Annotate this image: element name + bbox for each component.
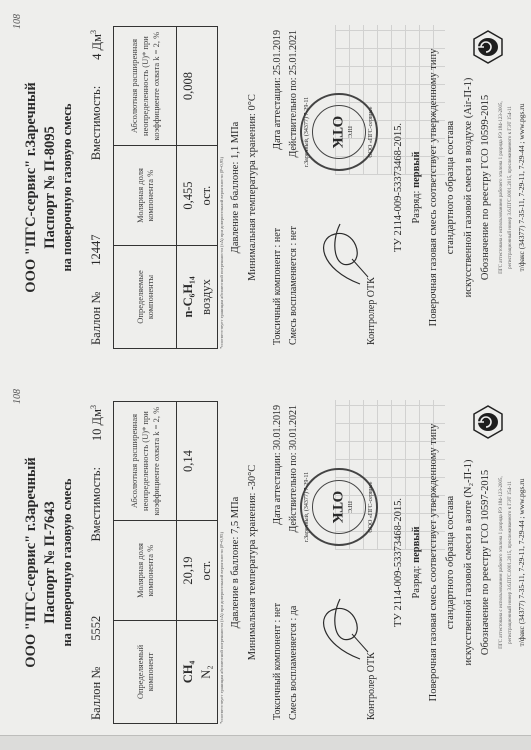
table-row: n-C₆H₁₄воздух 0,455ост. 0,008 bbox=[177, 27, 218, 349]
page-number: 108 bbox=[12, 14, 23, 29]
signature-row: Контролер ОТК г.Заречный, (34377) 7-29-1… bbox=[308, 401, 386, 724]
certification-date: Дата аттестации: 30.01.2019 bbox=[270, 405, 286, 532]
fraction-cell: 20,19ост. bbox=[177, 521, 218, 621]
signature-icon bbox=[310, 219, 370, 289]
cylinder-label: Баллон № bbox=[89, 667, 105, 720]
col-header-uncertainty: Абсолютная расширенная неопределенность … bbox=[114, 27, 177, 146]
pressure: Давление в баллоне: 7,5 МПа bbox=[230, 401, 241, 724]
registry-designation: Обозначение по реестру ГСО 10599-2015 bbox=[477, 26, 494, 349]
table-footnote: *соответствует границам абсолютной погре… bbox=[219, 401, 224, 724]
passport-header: ООО "ПГС-сервис" г.Заречный Паспорт № П-… bbox=[22, 26, 75, 349]
min-storage-temp: Минимальная температура хранения: 0°С bbox=[247, 26, 258, 349]
cylinder-number: 5552 bbox=[89, 616, 105, 641]
properties-dates: Токсичный компонент : нет Смесь воспламе… bbox=[270, 26, 302, 349]
properties-dates: Токсичный компонент : нет Смесь воспламе… bbox=[270, 401, 302, 724]
uncertainty-cell: 0,008 bbox=[177, 27, 218, 146]
cylinder-meta: Баллон № 12447 Вместимость: 4 Дм3 bbox=[89, 26, 105, 349]
passport-subtitle: на поверочную газовую смесь bbox=[59, 401, 75, 724]
flammability: Смесь воспламеняется : да bbox=[286, 603, 302, 720]
otk-stamp-icon: г.Заречный, (34377) 7-29-11 ОТК ПГС ООО … bbox=[300, 468, 378, 546]
pressure: Давление в баллоне: 1,1 МПа bbox=[230, 26, 241, 349]
component-cell: CH₄N₂ bbox=[177, 620, 218, 723]
min-storage-temp: Минимальная температура хранения: -30°С bbox=[247, 401, 258, 724]
uncertainty-cell: 0,14 bbox=[177, 402, 218, 521]
passport-panel-top: 108 ООО "ПГС-сервис" г.Заречный Паспорт … bbox=[0, 0, 531, 375]
col-header-component: Определяемые компоненты bbox=[114, 245, 177, 348]
capacity-value: 10 Дм3 bbox=[89, 405, 105, 441]
description-line-3: искусственной газовой смеси в азоте (N₂-… bbox=[460, 401, 477, 724]
col-header-uncertainty: Абсолютная расширенная неопределенность … bbox=[114, 402, 177, 521]
signature-icon bbox=[310, 594, 370, 664]
contacts: т/факс (34377) 7-35-11, 7-29-11, 7-29-44… bbox=[517, 26, 526, 349]
otk-stamp-icon: г.Заречный, (34377) 7-29-11 ОТК ПГС ООО … bbox=[300, 93, 378, 171]
passport-title: Паспорт № П-7643 bbox=[41, 401, 60, 724]
component-cell: n-C₆H₁₄воздух bbox=[177, 245, 218, 348]
passport-subtitle: на поверочную газовую смесь bbox=[59, 26, 75, 349]
gas-mixture-passport: 108 ООО "ПГС-сервис" г.Заречный Паспорт … bbox=[0, 375, 531, 750]
col-header-component: Определяемый компонент bbox=[114, 620, 177, 723]
company-name: ООО "ПГС-сервис" г.Заречный bbox=[22, 26, 41, 349]
certification-logo-icon bbox=[473, 405, 503, 439]
composition-table: Определяемый компонент Молярная доля ком… bbox=[113, 401, 218, 724]
description-line-3: искусственной газовой смеси в воздухе (A… bbox=[460, 26, 477, 349]
passport-title: Паспорт № П-8095 bbox=[41, 26, 60, 349]
certification-logo-icon bbox=[473, 30, 503, 64]
col-header-fraction: Молярная доля компонента % bbox=[114, 146, 177, 246]
flammability: Смесь воспламеняется : нет bbox=[286, 226, 302, 345]
toxic-component: Токсичный компонент : нет bbox=[270, 603, 286, 720]
capacity-value: 4 Дм3 bbox=[89, 30, 105, 60]
company-name: ООО "ПГС-сервис" г.Заречный bbox=[22, 401, 41, 724]
fine-print: ПГС аттестована с использованием рабочег… bbox=[497, 26, 515, 349]
cylinder-label: Баллон № bbox=[89, 292, 105, 345]
toxic-component: Токсичный компонент : нет bbox=[270, 226, 286, 345]
col-header-fraction: Молярная доля компонента % bbox=[114, 521, 177, 621]
contacts: т/факс (34377) 7-35-11, 7-29-11, 7-29-44… bbox=[517, 401, 526, 724]
composition-table: Определяемые компоненты Молярная доля ко… bbox=[113, 26, 218, 349]
capacity-label: Вместимость: bbox=[89, 467, 105, 541]
table-row: CH₄N₂ 20,19ост. 0,14 bbox=[177, 402, 218, 724]
passport-panel-bottom: 108 ООО "ПГС-сервис" г.Заречный Паспорт … bbox=[0, 375, 531, 750]
registry-designation: Обозначение по реестру ГСО 10597-2015 bbox=[477, 401, 494, 724]
cylinder-number: 12447 bbox=[89, 234, 105, 265]
certification-date: Дата аттестации: 25.01.2019 bbox=[270, 30, 286, 157]
signature-row: Контролер ОТК г.Заречный, (34377) 7-29-1… bbox=[308, 26, 386, 349]
capacity-label: Вместимость: bbox=[89, 86, 105, 160]
passport-header: ООО "ПГС-сервис" г.Заречный Паспорт № П-… bbox=[22, 401, 75, 724]
cylinder-meta: Баллон № 5552 Вместимость: 10 Дм3 bbox=[89, 401, 105, 724]
scan-edge-bottom bbox=[0, 735, 531, 750]
page-number: 108 bbox=[12, 389, 23, 404]
fine-print: ПГС аттестована с использованием рабочег… bbox=[497, 401, 515, 724]
gas-mixture-passport: 108 ООО "ПГС-сервис" г.Заречный Паспорт … bbox=[0, 0, 531, 375]
fraction-cell: 0,455ост. bbox=[177, 146, 218, 246]
table-footnote: *соответствует границам абсолютной погре… bbox=[219, 26, 224, 349]
